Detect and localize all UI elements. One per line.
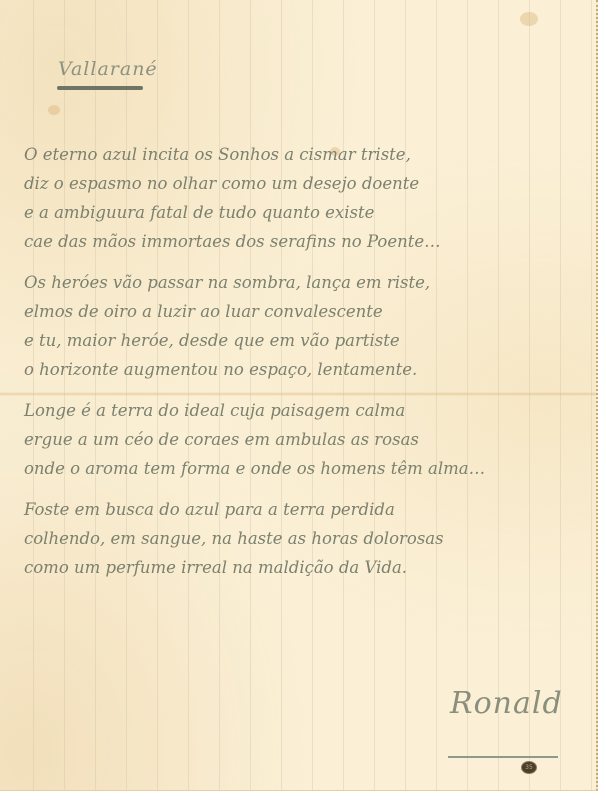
signature: Ronald xyxy=(450,686,563,721)
poem-line: Os heróes vão passar na sombra, lança em… xyxy=(24,268,484,297)
poem-line: ergue a um céo de coraes em ambulas as r… xyxy=(24,425,484,454)
poem-line: e a ambiguura fatal de tudo quanto exist… xyxy=(24,198,484,227)
manuscript-page: Vallarané O eterno azul incita os Sonhos… xyxy=(0,0,598,791)
stanza-1: O eterno azul incita os Sonhos a cismar … xyxy=(24,140,484,256)
poem-line: Foste em busca do azul para a terra perd… xyxy=(24,495,484,524)
poem-body: O eterno azul incita os Sonhos a cismar … xyxy=(24,140,484,582)
poem-line: Longe é a terra do ideal cuja paisagem c… xyxy=(24,396,484,425)
poem-line: colhendo, em sangue, na haste as horas d… xyxy=(24,524,484,553)
title-underline xyxy=(57,86,143,90)
seal-mark: 35 xyxy=(521,761,537,774)
stanza-2: Os heróes vão passar na sombra, lança em… xyxy=(24,268,484,384)
paper-stain xyxy=(48,105,60,115)
poem-line: elmos de oiro a luzir ao luar convalesce… xyxy=(24,297,484,326)
poem-title: Vallarané xyxy=(58,58,158,80)
paper-stain xyxy=(520,12,538,26)
poem-line: como um perfume irreal na maldição da Vi… xyxy=(24,553,484,582)
poem-line: O eterno azul incita os Sonhos a cismar … xyxy=(24,140,484,169)
poem-line: diz o espasmo no olhar como um desejo do… xyxy=(24,169,484,198)
signature-underline xyxy=(448,756,558,758)
poem-line: o horizonte augmentou no espaço, lentame… xyxy=(24,355,484,384)
poem-line: onde o aroma tem forma e onde os homens … xyxy=(24,454,484,483)
signature-area: Ronald xyxy=(446,680,556,760)
stanza-3: Longe é a terra do ideal cuja paisagem c… xyxy=(24,396,484,483)
stanza-4: Foste em busca do azul para a terra perd… xyxy=(24,495,484,582)
poem-line: cae das mãos immortaes dos serafins no P… xyxy=(24,227,484,256)
poem-line: e tu, maior heróe, desde que em vão part… xyxy=(24,326,484,355)
